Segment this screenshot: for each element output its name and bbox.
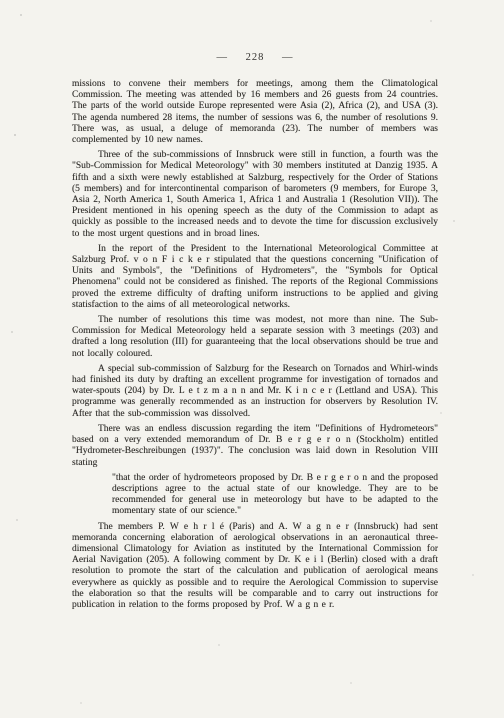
paragraph: A special sub-commission of Salzburg for… (72, 364, 438, 420)
paragraph: There was an endless discussion regardin… (72, 424, 438, 469)
paragraph: Three of the sub-commissions of Innsbruc… (72, 150, 438, 240)
paragraph: In the report of the President to the In… (72, 244, 438, 311)
page-number: — 228 — (72, 52, 438, 63)
paragraph: The members P. W e h r l é (Paris) and A… (72, 522, 438, 612)
blockquote-resolution-viii: "that the order of hydrometeors proposed… (72, 473, 438, 518)
document-page: — 228 — missions to convene their member… (0, 0, 504, 718)
paragraph: The number of resolutions this time was … (72, 315, 438, 360)
paragraph-continuation: missions to convene their members for me… (72, 79, 438, 146)
